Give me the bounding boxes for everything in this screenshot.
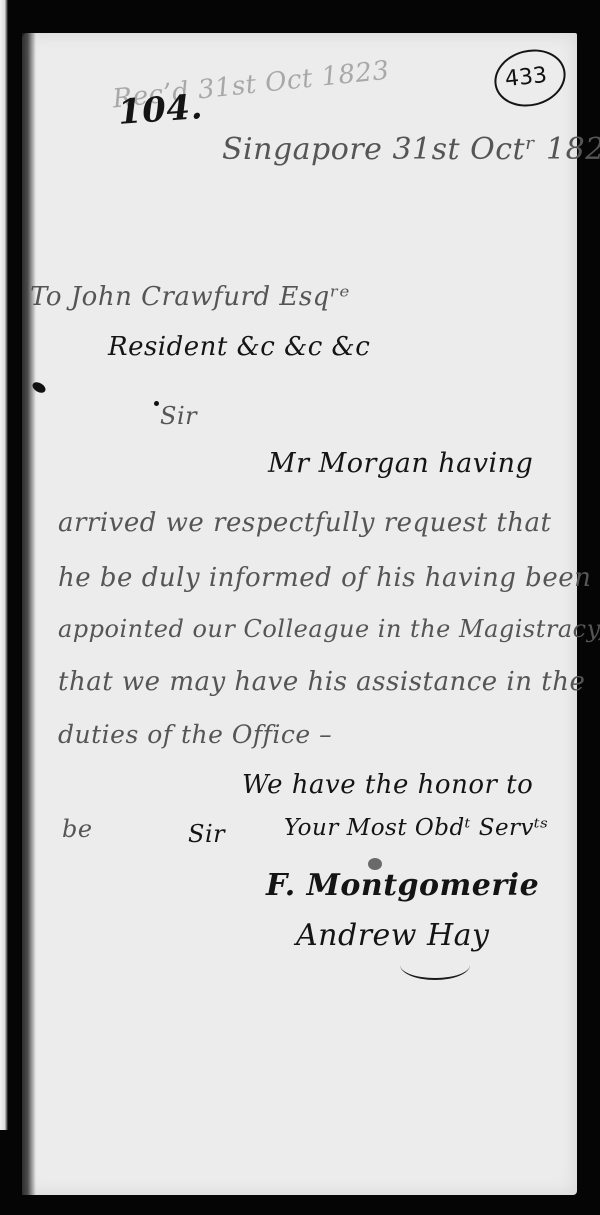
body-line-2: arrived we respectfully request that xyxy=(58,508,552,538)
closing-line-1: We have the honor to xyxy=(242,770,533,800)
signature-montgomerie: F. Montgomerie xyxy=(266,868,539,903)
addressee-name: To John Crawfurd Esqʳᵉ xyxy=(30,282,350,312)
signature-hay: Andrew Hay xyxy=(296,918,490,953)
ink-blot xyxy=(154,401,159,406)
closing-servants: Your Most Obdᵗ Servᵗˢ xyxy=(284,815,548,841)
body-line-6: duties of the Office – xyxy=(58,720,332,749)
item-number: 104. xyxy=(117,87,204,133)
addressee-title: Resident &c &c &c xyxy=(108,332,370,362)
body-line-4: appointed our Colleague in the Magistrac… xyxy=(58,615,600,643)
manuscript-page xyxy=(22,33,577,1195)
place-date: Singapore 31st Octʳ 1823 xyxy=(222,132,600,167)
signature-flourish xyxy=(400,950,470,980)
closing-sir: Sir xyxy=(188,820,225,848)
closing-be: be xyxy=(62,815,93,843)
body-line-5: that we may have his assistance in the xyxy=(58,667,585,697)
body-line-3: he be duly informed of his having been xyxy=(58,563,591,593)
body-line-1: Mr Morgan having xyxy=(268,448,533,479)
salutation: Sir xyxy=(160,402,197,430)
folio-number: 433 xyxy=(504,63,548,92)
adjacent-page-edge xyxy=(0,0,8,1215)
